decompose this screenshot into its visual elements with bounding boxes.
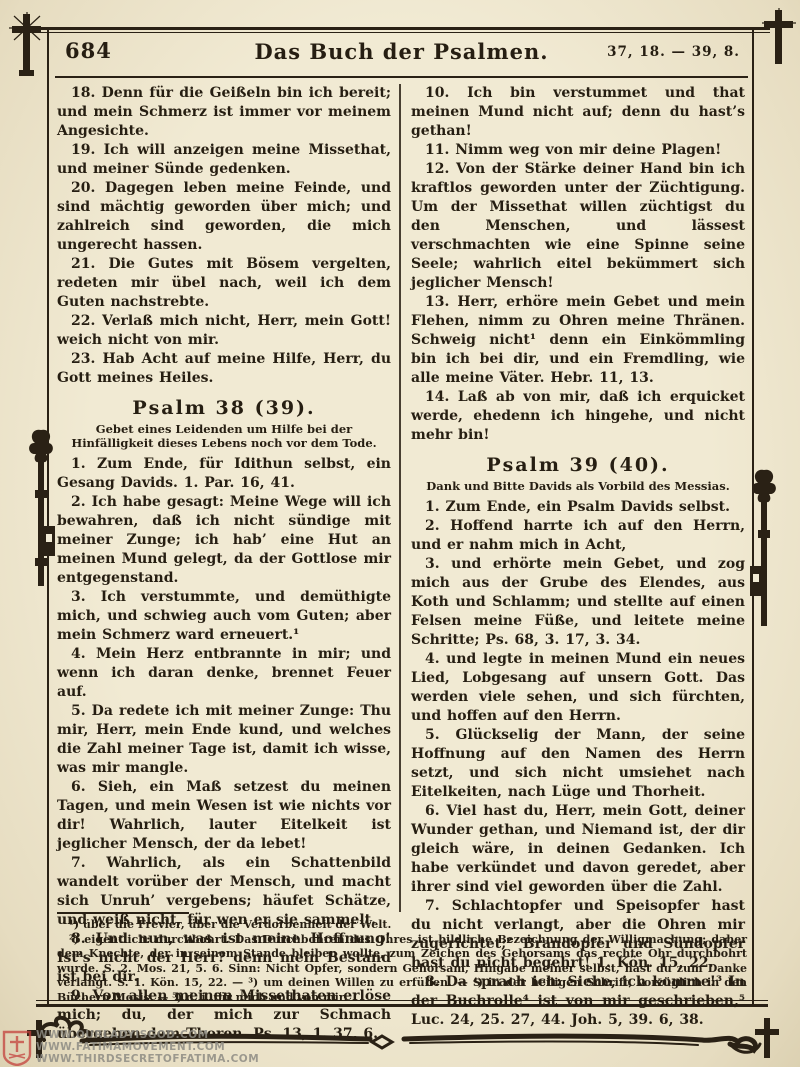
watermark-url: WWW.OURLADYISGOD.COM: [36, 1030, 259, 1041]
verse-range: 37, 18. — 39, 8.: [607, 44, 740, 60]
verse-38-6: 6. Sieh, ein Maß setzest du meinen Tagen…: [57, 778, 391, 854]
verse-38-14: 14. Laß ab von mir, daß ich erquicket we…: [411, 388, 745, 445]
header-underline: [55, 76, 748, 78]
top-border-thin: [34, 32, 770, 33]
footnote-1: ¹) über die Frevler, über die Verdorbenh…: [57, 918, 747, 933]
verse-39-2: 2. Hoffend harrte ich auf den Herrn, und…: [411, 517, 745, 555]
verse-39-6: 6. Viel hast du, Herr, mein Gott, deiner…: [411, 802, 745, 897]
verse-38-11: 11. Nimm weg von mir deine Plagen!: [411, 141, 745, 160]
verse-37-19: 19. Ich will anzeigen meine Missethat, u…: [57, 141, 391, 179]
verse-38-13: 13. Herr, erhöre mein Gebet und mein Fle…: [411, 293, 745, 388]
verse-38-2: 2. Ich habe gesagt: Meine Wege will ich …: [57, 493, 391, 588]
corner-cross-icon: [758, 8, 800, 68]
verse-37-18: 18. Denn für die Geißeln bin ich bereit;…: [57, 84, 391, 141]
verse-38-3: 3. Ich verstummte, und demüthigte mich, …: [57, 588, 391, 645]
psalm-38-title: Psalm 38 (39).: [57, 397, 391, 419]
verse-37-22: 22. Verlaß mich nicht, Herr, mein Gott! …: [57, 312, 391, 350]
page-header: 684 Das Buch der Psalmen. 37, 18. — 39, …: [57, 38, 746, 74]
verse-39-1: 1. Zum Ende, ein Psalm Davids selbst.: [411, 498, 745, 517]
corner-cross-icon: [4, 10, 50, 82]
footnotes-block: ¹) über die Frevler, über die Verdorbenh…: [57, 918, 747, 1005]
verse-38-4: 4. Mein Herz entbrannte in mir; und wenn…: [57, 645, 391, 702]
verse-39-3: 3. und erhörte mein Gebet, und zog mich …: [411, 555, 745, 650]
key-icon: [27, 428, 55, 608]
watermark: WWW.OURLADYISGOD.COM WWW.FATIMAMOVEMENT.…: [2, 1030, 259, 1066]
psalm-39-title: Psalm 39 (40).: [411, 454, 745, 476]
top-border-thick: [34, 27, 770, 30]
text-columns: 18. Denn für die Geißeln bin ich bereit;…: [57, 84, 745, 1044]
book-page-scan: 684 Das Buch der Psalmen. 37, 18. — 39, …: [0, 0, 800, 1067]
verse-39-5: 5. Glückselig der Mann, der seine Hoffnu…: [411, 726, 745, 802]
verse-39-4: 4. und legte in meinen Mund ein neues Li…: [411, 650, 745, 726]
verse-38-10: 10. Ich bin verstummet und that meinen M…: [411, 84, 745, 141]
footnote-2-5: ²) eigentlich: durchbohrt. Das Durchbohr…: [57, 933, 747, 1006]
watermark-shield-icon: [2, 1030, 32, 1066]
watermark-url: WWW.FATIMAMOVEMENT.COM: [36, 1042, 259, 1053]
verse-37-23: 23. Hab Acht auf meine Hilfe, Herr, du G…: [57, 350, 391, 388]
verse-37-21: 21. Die Gutes mit Bösem vergelten, redet…: [57, 255, 391, 312]
psalm-39-subtitle: Dank und Bitte Davids als Vorbild des Me…: [411, 479, 745, 493]
left-column: 18. Denn für die Geißeln bin ich bereit;…: [57, 84, 391, 1044]
key-icon: [750, 468, 778, 648]
psalm-38-subtitle: Gebet eines Leidenden um Hilfe bei der H…: [57, 422, 391, 450]
verse-37-20: 20. Dagegen leben meine Feinde, und sind…: [57, 179, 391, 255]
right-column: 10. Ich bin verstummet und that meinen M…: [411, 84, 745, 1044]
verse-38-5: 5. Da redete ich mit meiner Zunge: Thu m…: [57, 702, 391, 778]
watermark-url: WWW.THIRDSECRETOFFATIMA.COM: [36, 1054, 259, 1065]
verse-38-12: 12. Von der Stärke deiner Hand bin ich k…: [411, 160, 745, 293]
verse-38-1: 1. Zum Ende, für Idithun selbst, ein Ges…: [57, 455, 391, 493]
